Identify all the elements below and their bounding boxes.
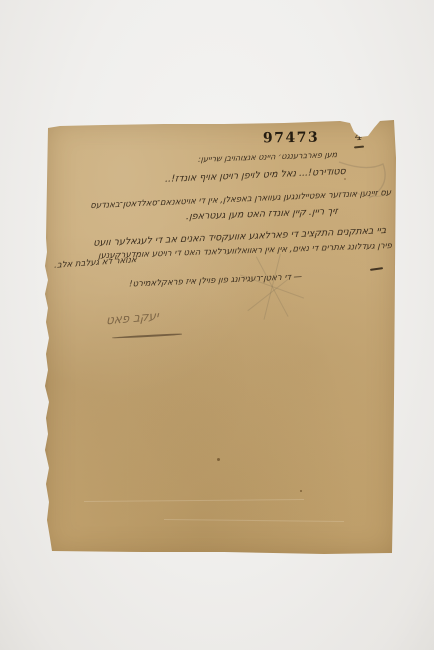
pen-stroke: [370, 267, 383, 270]
signature-underline: [112, 333, 182, 338]
paper-speck: [217, 458, 220, 461]
paper-speck: [344, 178, 346, 180]
pencil-smudge: [284, 148, 394, 218]
paper-speck: [300, 490, 302, 492]
page-number: 4: [355, 129, 364, 143]
archive-stamp: 97473: [263, 130, 319, 147]
handwriting-line: אנואר דא געלבת אלב.: [54, 256, 137, 270]
document-paper: 97473 4 מען פארברענגט׳ היינט אנצוהויבן ש…: [44, 118, 398, 558]
signature: יעקב פאט: [106, 309, 159, 328]
paper-crease: [164, 519, 344, 522]
paper-crease: [84, 499, 304, 502]
photo-backdrop: 97473 4 מען פארברענגט׳ היינט אנצוהויבן ש…: [0, 0, 434, 650]
